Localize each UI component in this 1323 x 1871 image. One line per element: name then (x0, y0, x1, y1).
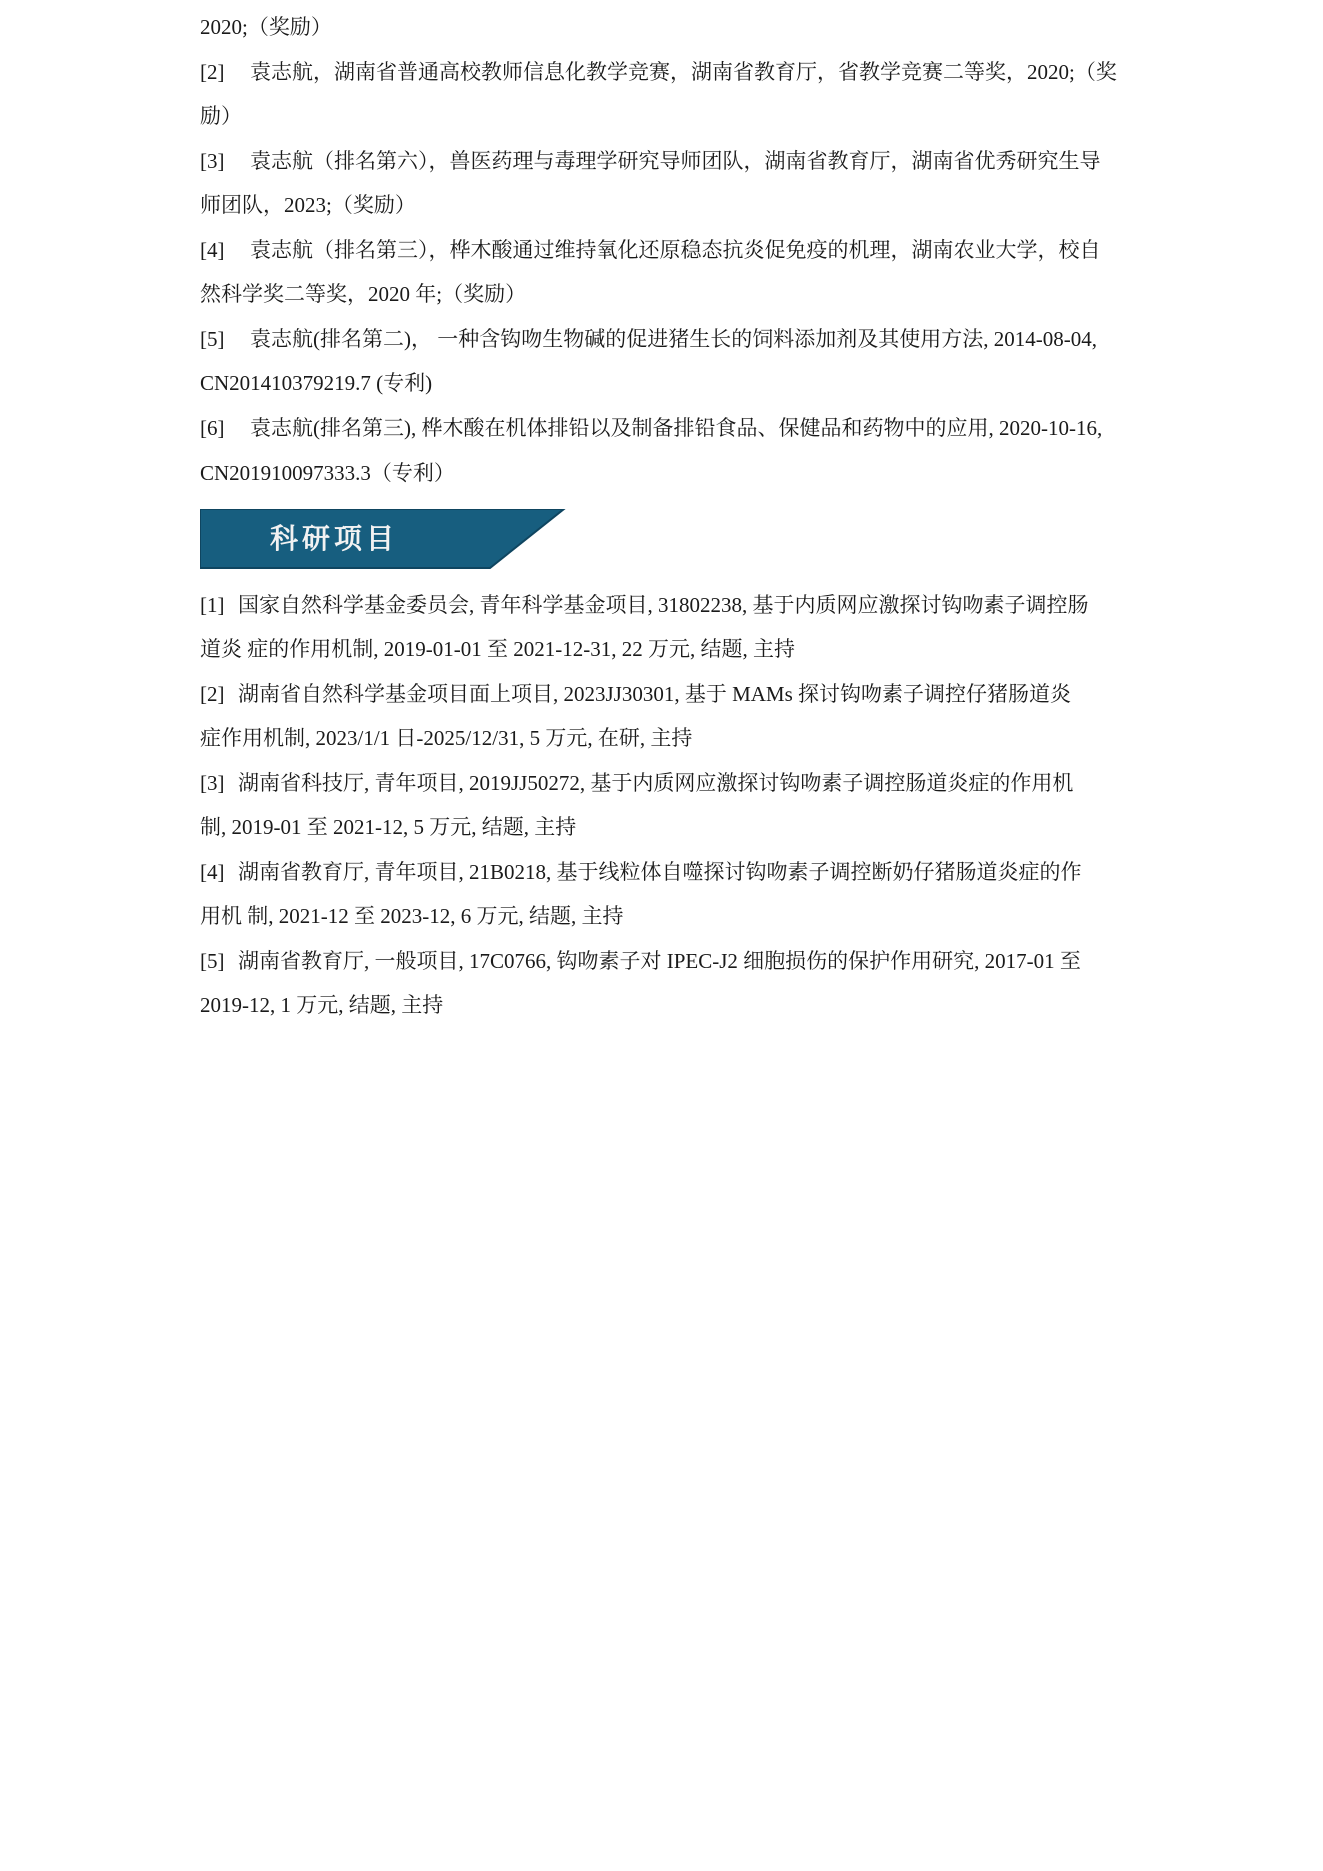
list-item-project-4: [4]湖南省教育厅, 青年项目, 21B0218, 基于线粒体自噬探讨钩吻素子调… (200, 857, 1082, 887)
list-item-line: 制, 2019-01 至 2021-12, 5 万元, 结题, 主持 (200, 812, 576, 842)
list-item-project-1: [1]国家自然科学基金委员会, 青年科学基金项目, 31802238, 基于内质… (200, 590, 1089, 620)
line-text: 袁志航(排名第三), 桦木酸在机体排铅以及制备排铅食品、保健品和药物中的应用, … (250, 416, 1102, 440)
line-text: 湖南省教育厅, 一般项目, 17C0766, 钩吻素子对 IPEC-J2 细胞损… (238, 949, 1081, 973)
item-number: [4] (200, 235, 250, 265)
list-item-patent-6: [6]袁志航(排名第三), 桦木酸在机体排铅以及制备排铅食品、保健品和药物中的应… (200, 413, 1102, 443)
line-text: CN201410379219.7 (专利) (200, 371, 432, 395)
line-text: 袁志航（排名第六），兽医药理与毒理学研究导师团队，湖南省教育厅，湖南省优秀研究生… (250, 149, 1101, 173)
item-number: [2] (200, 679, 238, 709)
line-text: 励） (200, 104, 242, 128)
item-number: [1] (200, 590, 238, 620)
list-item-line: 2020;（奖励） (200, 12, 332, 42)
list-item-line: 然科学奖二等奖，2020 年;（奖励） (200, 279, 526, 309)
item-number: [2] (200, 57, 250, 87)
list-item-project-5: [5]湖南省教育厅, 一般项目, 17C0766, 钩吻素子对 IPEC-J2 … (200, 946, 1081, 976)
item-number: [5] (200, 946, 238, 976)
list-item-line: 用机 制, 2021-12 至 2023-12, 6 万元, 结题, 主持 (200, 901, 624, 931)
line-text: 2020;（奖励） (200, 15, 332, 39)
item-number: [3] (200, 146, 250, 176)
line-text: 用机 制, 2021-12 至 2023-12, 6 万元, 结题, 主持 (200, 904, 624, 928)
line-text: 湖南省教育厅, 青年项目, 21B0218, 基于线粒体自噬探讨钩吻素子调控断奶… (238, 860, 1082, 884)
list-item-line: 2019-12, 1 万元, 结题, 主持 (200, 990, 443, 1020)
section-title: 科研项目 (270, 519, 398, 559)
section-banner: 科研项目 (200, 509, 566, 569)
list-item-line: CN201410379219.7 (专利) (200, 368, 432, 398)
list-item-patent-5: [5]袁志航(排名第二)， 一种含钩吻生物碱的促进猪生长的饲料添加剂及其使用方法… (200, 324, 1097, 354)
line-text: 制, 2019-01 至 2021-12, 5 万元, 结题, 主持 (200, 815, 576, 839)
line-text: CN201910097333.3（专利） (200, 461, 455, 485)
list-item-line: 励） (200, 101, 242, 131)
line-text: 袁志航（排名第三），桦木酸通过维持氧化还原稳态抗炎促免疫的机理，湖南农业大学，校… (250, 238, 1101, 262)
list-item-award-3: [3]袁志航（排名第六），兽医药理与毒理学研究导师团队，湖南省教育厅，湖南省优秀… (200, 146, 1101, 176)
list-item-award-4: [4]袁志航（排名第三），桦木酸通过维持氧化还原稳态抗炎促免疫的机理，湖南农业大… (200, 235, 1101, 265)
line-text: 道炎 症的作用机制, 2019-01-01 至 2021-12-31, 22 万… (200, 637, 795, 661)
line-text: 湖南省科技厅, 青年项目, 2019JJ50272, 基于内质网应激探讨钩吻素子… (238, 771, 1073, 795)
item-number: [3] (200, 768, 238, 798)
item-number: [4] (200, 857, 238, 887)
list-item-line: CN201910097333.3（专利） (200, 458, 455, 488)
list-item-award-2: [2]袁志航，湖南省普通高校教师信息化教学竞赛，湖南省教育厅，省教学竞赛二等奖，… (200, 57, 1117, 87)
line-text: 袁志航，湖南省普通高校教师信息化教学竞赛，湖南省教育厅，省教学竞赛二等奖，202… (250, 60, 1117, 84)
item-number: [6] (200, 413, 250, 443)
item-number: [5] (200, 324, 250, 354)
list-item-project-2: [2]湖南省自然科学基金项目面上项目, 2023JJ30301, 基于 MAMs… (200, 679, 1071, 709)
line-text: 然科学奖二等奖，2020 年;（奖励） (200, 282, 526, 306)
line-text: 师团队，2023;（奖励） (200, 193, 416, 217)
list-item-line: 道炎 症的作用机制, 2019-01-01 至 2021-12-31, 22 万… (200, 634, 795, 664)
line-text: 袁志航(排名第二)， 一种含钩吻生物碱的促进猪生长的饲料添加剂及其使用方法, 2… (250, 327, 1097, 351)
line-text: 2019-12, 1 万元, 结题, 主持 (200, 993, 443, 1017)
line-text: 症作用机制, 2023/1/1 日-2025/12/31, 5 万元, 在研, … (200, 726, 692, 750)
list-item-project-3: [3]湖南省科技厅, 青年项目, 2019JJ50272, 基于内质网应激探讨钩… (200, 768, 1073, 798)
line-text: 湖南省自然科学基金项目面上项目, 2023JJ30301, 基于 MAMs 探讨… (238, 682, 1071, 706)
list-item-line: 症作用机制, 2023/1/1 日-2025/12/31, 5 万元, 在研, … (200, 723, 692, 753)
list-item-line: 师团队，2023;（奖励） (200, 190, 416, 220)
line-text: 国家自然科学基金委员会, 青年科学基金项目, 31802238, 基于内质网应激… (238, 593, 1089, 617)
